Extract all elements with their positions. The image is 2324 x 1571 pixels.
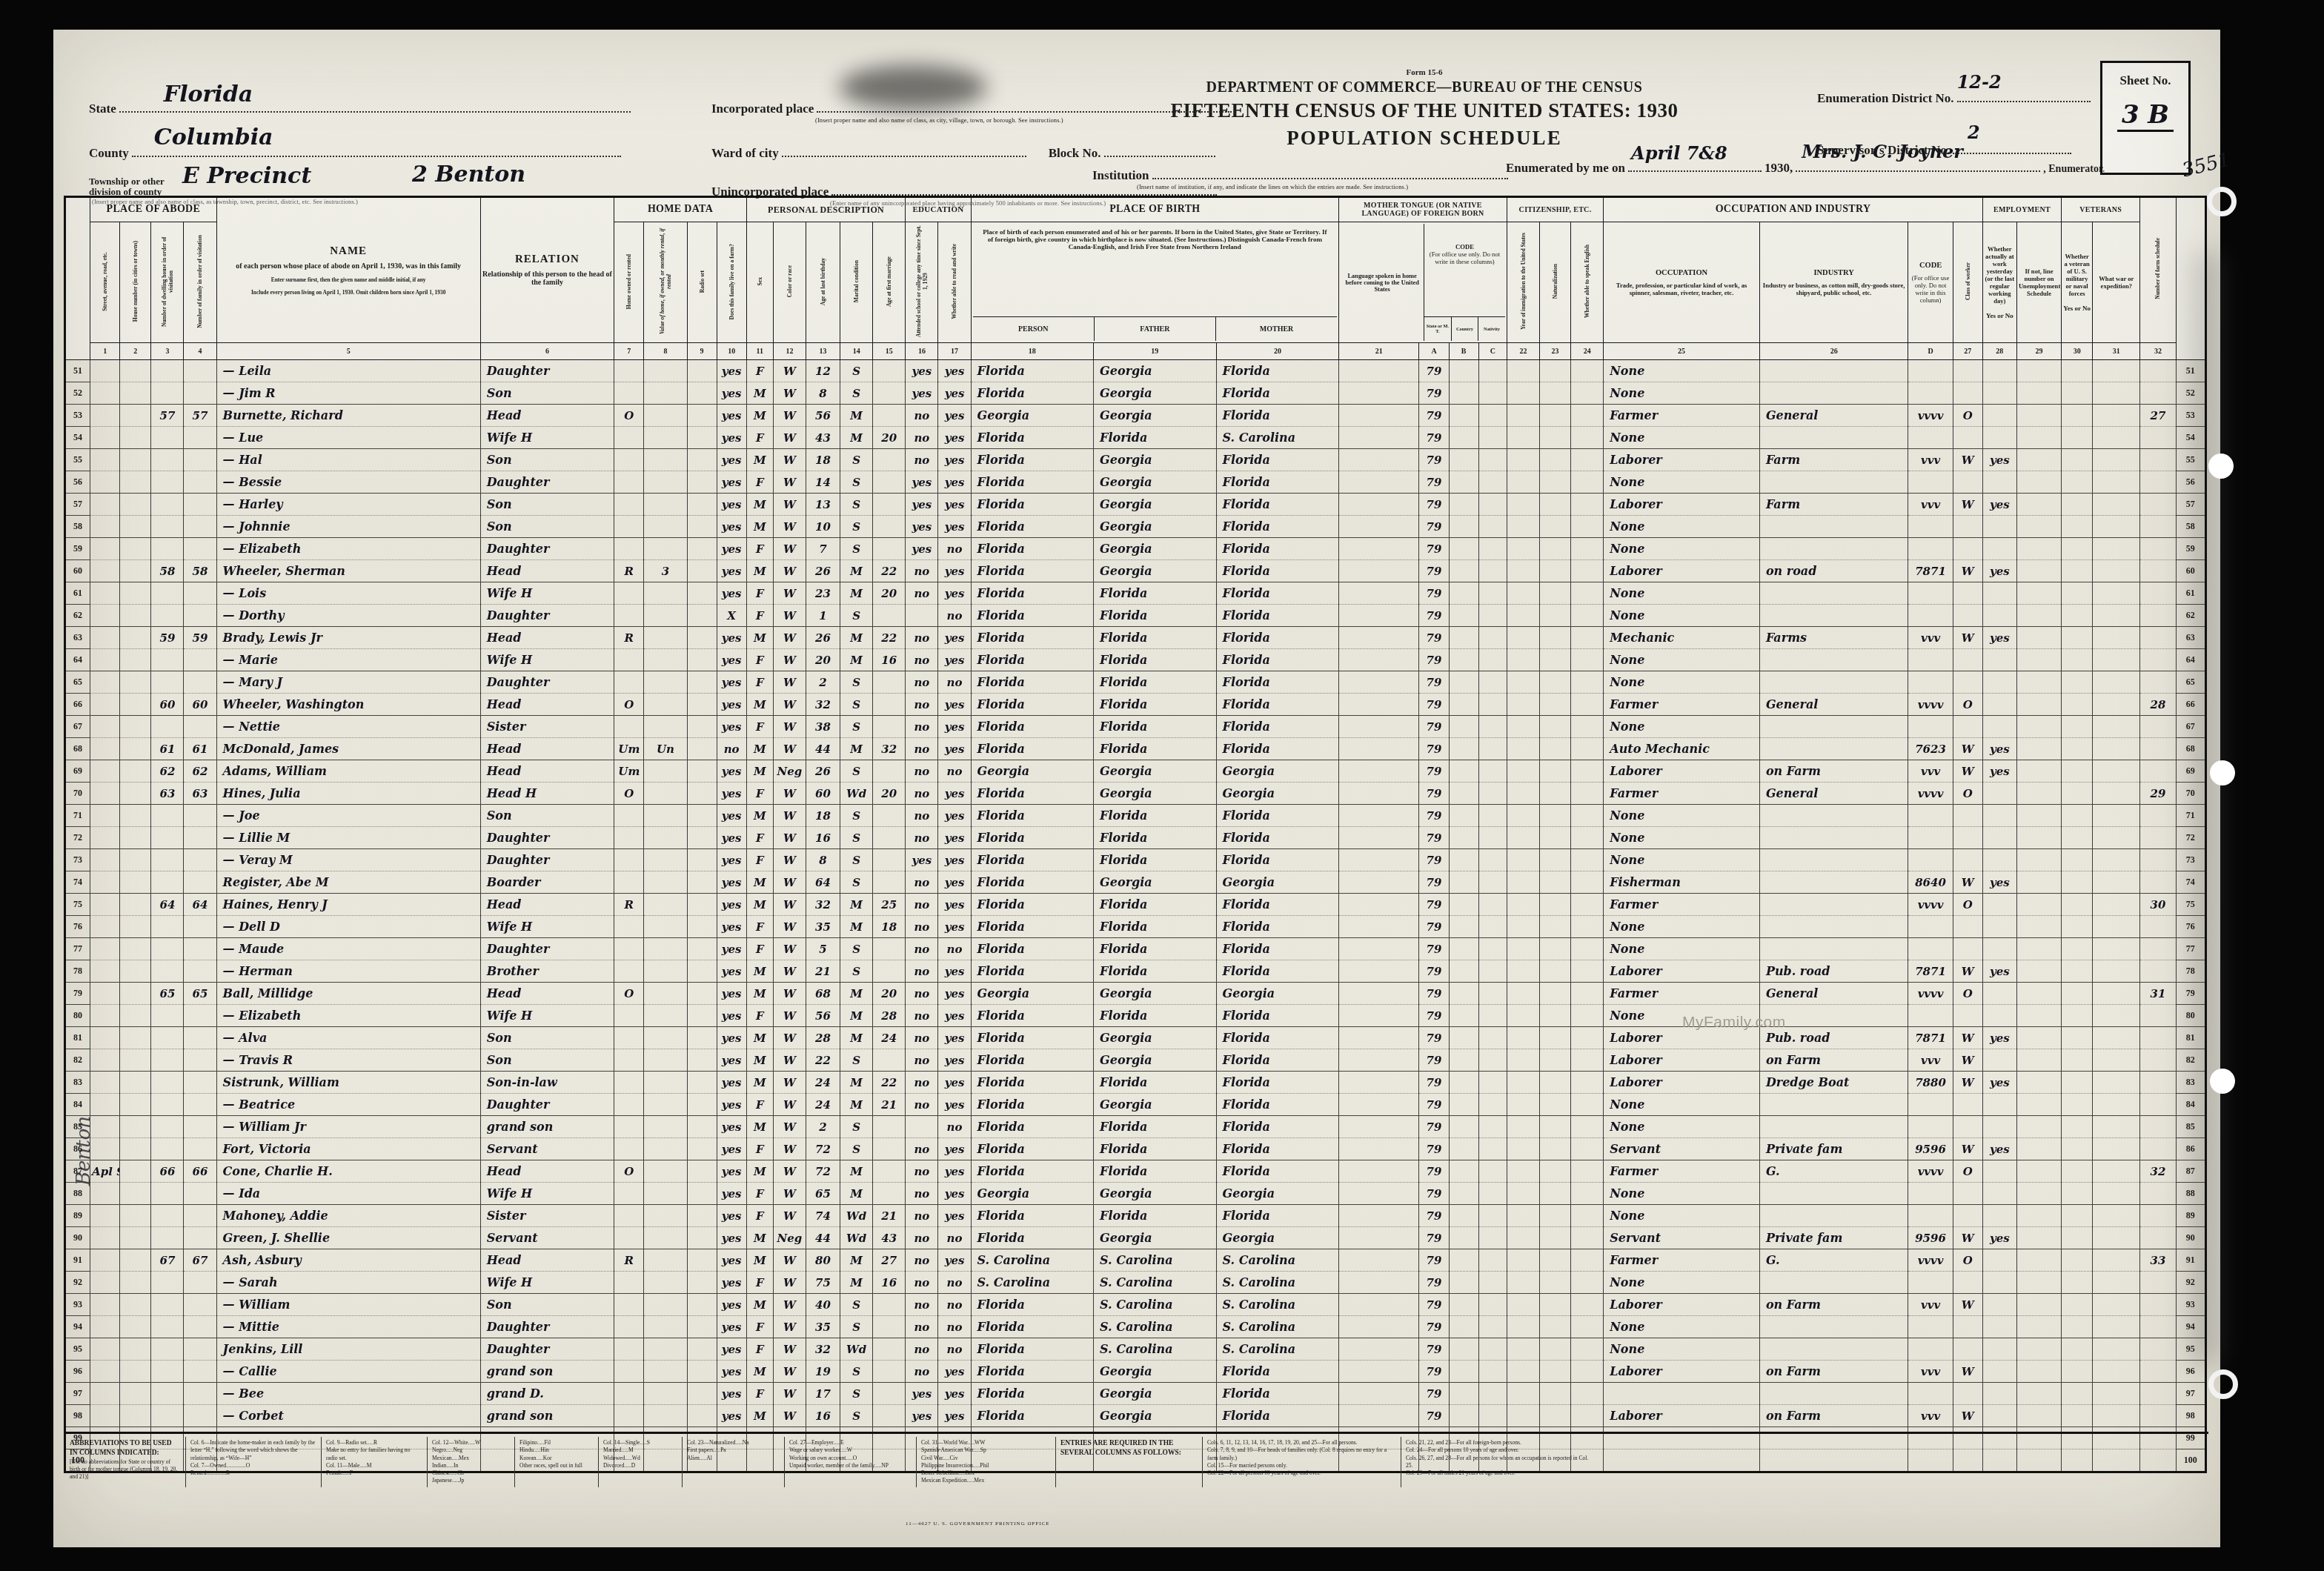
cell-own (614, 1072, 644, 1094)
cell-vet (2062, 560, 2093, 582)
cell-name: Register, Abe M (216, 871, 480, 894)
cell-ind (1759, 1338, 1908, 1361)
cell-occ: Laborer (1604, 1072, 1760, 1094)
cell-war (2093, 1316, 2140, 1338)
cell-hn (120, 983, 151, 1005)
line-col-right-header (2176, 197, 2205, 360)
cell-empno (2016, 560, 2061, 582)
cell-nat (1539, 1316, 1570, 1338)
state-value: Florida (164, 82, 253, 107)
cell-age: 72 (806, 1138, 840, 1160)
cell-bf: Florida (1094, 805, 1217, 827)
cell-rw: no (938, 938, 971, 960)
cell-mar: Wd (840, 1338, 873, 1361)
cell-rel: Son (480, 1027, 614, 1049)
cell-cC (1478, 1227, 1507, 1249)
col-street: Street, avenue, road, etc. (90, 222, 120, 343)
column-number: 16 (906, 343, 938, 360)
cell-nat (1539, 1027, 1570, 1049)
cell-sch: no (906, 1316, 938, 1338)
cell-name: — Beatrice (216, 1094, 480, 1116)
enumerated-line: Enumerated by me on April 7&8 1930, Mrs.… (1506, 160, 2105, 176)
table-row: 55— HalSonyesMW18SnoyesFloridaGeorgiaFlo… (65, 449, 2206, 471)
cell-hn (120, 1160, 151, 1183)
cell-vet (2062, 738, 2093, 760)
line-number-left: 69 (65, 760, 90, 783)
cell-hn (120, 716, 151, 738)
cell-bf: Georgia (1094, 538, 1217, 560)
cell-val (644, 1361, 687, 1383)
cell-radio (687, 1294, 717, 1316)
cell-im (1507, 805, 1539, 827)
cell-dw (151, 649, 184, 671)
cell-nat (1539, 916, 1570, 938)
cell-ind: on Farm (1759, 760, 1908, 783)
cell-rel: Son-in-law (480, 1072, 614, 1094)
group-place-of-abode: PLACE OF ABODE (90, 197, 217, 222)
cell-fs (2140, 1405, 2176, 1427)
cell-hn (120, 1405, 151, 1427)
cell-bm: Florida (1216, 827, 1339, 849)
cell-st (90, 983, 120, 1005)
cell-sex: M (746, 1072, 773, 1094)
cell-fs (2140, 1094, 2176, 1116)
cell-fam (184, 1138, 216, 1160)
cell-im (1507, 649, 1539, 671)
cell-hn (120, 916, 151, 938)
cell-eng (1571, 871, 1604, 894)
cell-rel: Son (480, 516, 614, 538)
cell-hn (120, 1383, 151, 1405)
cell-val (644, 360, 687, 382)
cell-cB (1449, 1116, 1478, 1138)
cell-cB (1449, 1361, 1478, 1383)
cell-bp: Florida (971, 516, 1094, 538)
line-number-right: 83 (2176, 1072, 2205, 1094)
cell-agem (873, 716, 906, 738)
cell-st (90, 427, 120, 449)
cell-rel: Servant (480, 1138, 614, 1160)
cell-code: vvvv (1908, 1249, 1953, 1272)
cell-ind (1759, 671, 1908, 694)
cell-fs (2140, 916, 2176, 938)
cell-emp: yes (1982, 1072, 2016, 1094)
cell-farm: yes (717, 1072, 746, 1094)
cell-st (90, 894, 120, 916)
cell-empno (2016, 760, 2061, 783)
cell-bf: Georgia (1094, 783, 1217, 805)
sheet-label: Sheet No. (2102, 73, 2188, 88)
cell-war (2093, 1383, 2140, 1405)
cell-st (90, 560, 120, 582)
cell-fs (2140, 516, 2176, 538)
cell-emp: yes (1982, 760, 2016, 783)
cell-emp: yes (1982, 494, 2016, 516)
cell-fs (2140, 1272, 2176, 1294)
cell-cA: 79 (1419, 827, 1449, 849)
col-occupation-code: CODE (For office use only. Do not write … (1908, 222, 1953, 343)
cell-im (1507, 605, 1539, 627)
cell-ind (1759, 716, 1908, 738)
cell-sex: F (746, 827, 773, 849)
cell-ind: General (1759, 783, 1908, 805)
enumerated-year: 1930, (1764, 161, 1793, 175)
cell-cB (1449, 1205, 1478, 1227)
cell-mar: M (840, 1249, 873, 1272)
line-number-right: 89 (2176, 1205, 2205, 1227)
cell-dw (151, 671, 184, 694)
cell-fam (184, 960, 216, 983)
cell-im (1507, 1049, 1539, 1072)
cell-eng (1571, 983, 1604, 1005)
cell-fam: 59 (184, 627, 216, 649)
cell-st (90, 716, 120, 738)
cell-hn (120, 582, 151, 605)
table-row: 82— Travis RSonyesMW22SnoyesFloridaGeorg… (65, 1049, 2206, 1072)
cell-cls: W (1953, 871, 1982, 894)
cell-empno (2016, 1361, 2061, 1383)
footer-line: Col. 31—World War.....WW (921, 1439, 1051, 1447)
cell-bf: Georgia (1094, 760, 1217, 783)
cell-cC (1478, 849, 1507, 871)
cell-sex: M (746, 1405, 773, 1427)
cell-fam: 63 (184, 783, 216, 805)
cell-mar: S (840, 694, 873, 716)
cell-sex: F (746, 938, 773, 960)
cell-ind (1759, 582, 1908, 605)
cell-mar: S (840, 1361, 873, 1383)
footer-block: Cols. 6, 11, 12, 13, 14, 16, 17, 18, 19,… (1202, 1437, 1401, 1487)
cell-nat (1539, 1072, 1570, 1094)
cell-ind (1759, 516, 1908, 538)
col-marital-condition: Marital condition (840, 222, 873, 343)
cell-fam (184, 916, 216, 938)
cell-bf: Georgia (1094, 1049, 1217, 1072)
line-number-left: 66 (65, 694, 90, 716)
footer-line: Col. 23—Naturalized.....Na (687, 1439, 780, 1447)
cell-bp: Georgia (971, 405, 1094, 427)
table-row: 696262Adams, WilliamHeadUmyesMNeg26Snono… (65, 760, 2206, 783)
cell-occ: None (1604, 671, 1760, 694)
cell-farm: yes (717, 538, 746, 560)
cell-emp (1982, 382, 2016, 405)
cell-rw: no (938, 1294, 971, 1316)
cell-empno (2016, 671, 2061, 694)
cell-fam (184, 471, 216, 494)
cell-fam (184, 1227, 216, 1249)
cell-cls: W (1953, 494, 1982, 516)
cell-cls: W (1953, 449, 1982, 471)
cell-name: Adams, William (216, 760, 480, 783)
cell-bm: S. Carolina (1216, 1249, 1339, 1272)
cell-dw (151, 1294, 184, 1316)
cell-im (1507, 1294, 1539, 1316)
cell-occ: None (1604, 916, 1760, 938)
cell-nat (1539, 427, 1570, 449)
cell-emp (1982, 538, 2016, 560)
cell-bm: Florida (1216, 1027, 1339, 1049)
group-education: EDUCATION (906, 197, 971, 222)
cell-im (1507, 694, 1539, 716)
line-number-right: 82 (2176, 1049, 2205, 1072)
cell-bf: Georgia (1094, 1383, 1217, 1405)
cell-cC (1478, 1116, 1507, 1138)
cell-name: — Ida (216, 1183, 480, 1205)
cell-rw: yes (938, 405, 971, 427)
line-number-left: 73 (65, 849, 90, 871)
cell-agem: 27 (873, 1249, 906, 1272)
line-number-right: 70 (2176, 783, 2205, 805)
cell-bf: Florida (1094, 1205, 1217, 1227)
cell-radio (687, 1138, 717, 1160)
cell-cA: 79 (1419, 760, 1449, 783)
cell-hn (120, 627, 151, 649)
cell-fs: 31 (2140, 983, 2176, 1005)
cell-name: — Marie (216, 649, 480, 671)
cell-cB (1449, 1094, 1478, 1116)
cell-own (614, 1338, 644, 1361)
cell-im (1507, 360, 1539, 382)
cell-age: 80 (806, 1249, 840, 1272)
cell-age: 35 (806, 916, 840, 938)
cell-lang (1339, 449, 1419, 471)
ward-field: Ward of city Block No. (711, 145, 1215, 161)
cell-lang (1339, 1205, 1419, 1227)
cell-cB (1449, 849, 1478, 871)
cell-rw: yes (938, 1138, 971, 1160)
footer-line: Negro.....Neg (432, 1447, 510, 1454)
cell-dw (151, 449, 184, 471)
cell-cls (1953, 1272, 1982, 1294)
cell-radio (687, 471, 717, 494)
cell-emp (1982, 1183, 2016, 1205)
cell-fs: 30 (2140, 894, 2176, 916)
cell-mar: M (840, 983, 873, 1005)
cell-lang (1339, 649, 1419, 671)
cell-own (614, 605, 644, 627)
cell-cls (1953, 938, 1982, 960)
cell-cC (1478, 1072, 1507, 1094)
col-birth-description: Place of birth of each person enumerated… (971, 222, 1339, 343)
cell-fs (2140, 1316, 2176, 1338)
cell-radio (687, 1316, 717, 1338)
cell-st (90, 1027, 120, 1049)
cell-bp: Florida (971, 1338, 1094, 1361)
cell-own (614, 471, 644, 494)
cell-own: R (614, 1249, 644, 1272)
group-employment: EMPLOYMENT (1982, 197, 2061, 222)
cell-hn (120, 427, 151, 449)
cell-cC (1478, 494, 1507, 516)
cell-radio (687, 1005, 717, 1027)
cell-rw: no (938, 538, 971, 560)
cell-eng (1571, 649, 1604, 671)
cell-empno (2016, 1049, 2061, 1072)
cell-empno (2016, 471, 2061, 494)
cell-fam (184, 605, 216, 627)
printing-office-code: 11—4627 U. S. GOVERNMENT PRINTING OFFICE (906, 1521, 1050, 1527)
cell-farm: yes (717, 1094, 746, 1116)
cell-sch: no (906, 1249, 938, 1272)
cell-occ: None (1604, 805, 1760, 827)
cell-val (644, 671, 687, 694)
cell-age: 12 (806, 360, 840, 382)
cell-sex: M (746, 405, 773, 427)
cell-age: 26 (806, 627, 840, 649)
cell-empno (2016, 1027, 2061, 1049)
cell-val (644, 427, 687, 449)
cell-emp (1982, 783, 2016, 805)
line-number-left: 87 (65, 1160, 90, 1183)
cell-sex: M (746, 871, 773, 894)
cell-eng (1571, 471, 1604, 494)
cell-st (90, 649, 120, 671)
line-number-left: 96 (65, 1361, 90, 1383)
cell-radio (687, 960, 717, 983)
cell-bm: Florida (1216, 582, 1339, 605)
cell-radio (687, 1405, 717, 1427)
cell-lang (1339, 360, 1419, 382)
column-number: B (1449, 343, 1478, 360)
cell-bm: Florida (1216, 1094, 1339, 1116)
cell-name: — Bee (216, 1383, 480, 1405)
cell-agem (873, 1294, 906, 1316)
cell-cC (1478, 1005, 1507, 1027)
cell-code: vvv (1908, 494, 1953, 516)
cell-cB (1449, 1316, 1478, 1338)
cell-lang (1339, 894, 1419, 916)
cell-sch: yes (906, 471, 938, 494)
cell-fam: 67 (184, 1249, 216, 1272)
group-occupation-industry: OCCUPATION AND INDUSTRY (1604, 197, 1983, 222)
cell-name: — Bessie (216, 471, 480, 494)
cell-radio (687, 1227, 717, 1249)
cell-bm: Florida (1216, 471, 1339, 494)
cell-cA: 79 (1419, 1072, 1449, 1094)
cell-lang (1339, 1072, 1419, 1094)
cell-bp: Florida (971, 960, 1094, 983)
cell-radio (687, 538, 717, 560)
footer-line: Married.....M (603, 1447, 677, 1454)
cell-im (1507, 894, 1539, 916)
cell-lang (1339, 605, 1419, 627)
cell-farm: yes (717, 960, 746, 983)
cell-name: — Mary J (216, 671, 480, 694)
cell-cC (1478, 760, 1507, 783)
cell-occ: Laborer (1604, 960, 1760, 983)
cell-sex: F (746, 538, 773, 560)
cell-war (2093, 560, 2140, 582)
cell-hn (120, 405, 151, 427)
cell-color: W (773, 605, 806, 627)
cell-ind: Private fam (1759, 1138, 1908, 1160)
cell-color: W (773, 805, 806, 827)
cell-vet (2062, 1294, 2093, 1316)
cell-agem (873, 1338, 906, 1361)
cell-name: Wheeler, Washington (216, 694, 480, 716)
cell-fam: 61 (184, 738, 216, 760)
cell-age: 64 (806, 871, 840, 894)
cell-color: W (773, 538, 806, 560)
cell-fs (2140, 1383, 2176, 1405)
col-birth-father: FATHER (1094, 317, 1215, 341)
cell-sex: F (746, 783, 773, 805)
cell-empno (2016, 1405, 2061, 1427)
cell-hn (120, 1183, 151, 1205)
footer-line: Other races, spell out in full (519, 1462, 594, 1469)
column-number: 3 (151, 343, 184, 360)
cell-name: — Mittie (216, 1316, 480, 1338)
cell-hn (120, 1072, 151, 1094)
cell-lang (1339, 1294, 1419, 1316)
table-row: 94— MittieDaughteryesFW35SnonoFloridaS. … (65, 1316, 2206, 1338)
cell-emp: yes (1982, 560, 2016, 582)
cell-cls: O (1953, 1249, 1982, 1272)
cell-agem (873, 494, 906, 516)
cell-dw (151, 1116, 184, 1138)
cell-sch: no (906, 694, 938, 716)
cell-dw (151, 1205, 184, 1227)
cell-war (2093, 516, 2140, 538)
cell-val: 3 (644, 560, 687, 582)
cell-cC (1478, 1027, 1507, 1049)
cell-rel: grand son (480, 1116, 614, 1138)
cell-radio (687, 916, 717, 938)
cell-bp: Florida (971, 716, 1094, 738)
cell-bp: Florida (971, 1027, 1094, 1049)
cell-rw: yes (938, 582, 971, 605)
cell-name: — William (216, 1294, 480, 1316)
cell-bf: Georgia (1094, 1361, 1217, 1383)
cell-color: W (773, 1027, 806, 1049)
cell-rel: Daughter (480, 671, 614, 694)
line-number-left: 85 (65, 1116, 90, 1138)
cell-farm: yes (717, 783, 746, 805)
cell-farm: yes (717, 1205, 746, 1227)
cell-lang (1339, 1116, 1419, 1138)
cell-agem (873, 960, 906, 983)
cell-age: 10 (806, 516, 840, 538)
cell-code (1908, 516, 1953, 538)
cell-rel: Wife H (480, 1005, 614, 1027)
footer-line: Cols. 7, 8, 9, and 10—For heads of famil… (1207, 1447, 1396, 1462)
cell-radio (687, 827, 717, 849)
cell-bp: Florida (971, 1405, 1094, 1427)
cell-cls (1953, 1383, 1982, 1405)
cell-st (90, 827, 120, 849)
cell-lang (1339, 1027, 1419, 1049)
cell-cA: 79 (1419, 1383, 1449, 1405)
cell-farm: yes (717, 760, 746, 783)
cell-nat (1539, 849, 1570, 871)
table-row: 796565Ball, MillidgeHeadOyesMW68M20noyes… (65, 983, 2206, 1005)
cell-dw (151, 1272, 184, 1294)
cell-bf: Georgia (1094, 983, 1217, 1005)
cell-lang (1339, 694, 1419, 716)
cell-bm: S. Carolina (1216, 1294, 1339, 1316)
cell-rw: no (938, 1227, 971, 1249)
cell-occ: None (1604, 716, 1760, 738)
cell-age: 23 (806, 582, 840, 605)
line-number-right: 68 (2176, 738, 2205, 760)
cell-cC (1478, 1094, 1507, 1116)
cell-cC (1478, 983, 1507, 1005)
cell-farm: no (717, 738, 746, 760)
cell-vet (2062, 1160, 2093, 1183)
cell-own (614, 649, 644, 671)
cell-lang (1339, 516, 1419, 538)
cell-rw: yes (938, 871, 971, 894)
